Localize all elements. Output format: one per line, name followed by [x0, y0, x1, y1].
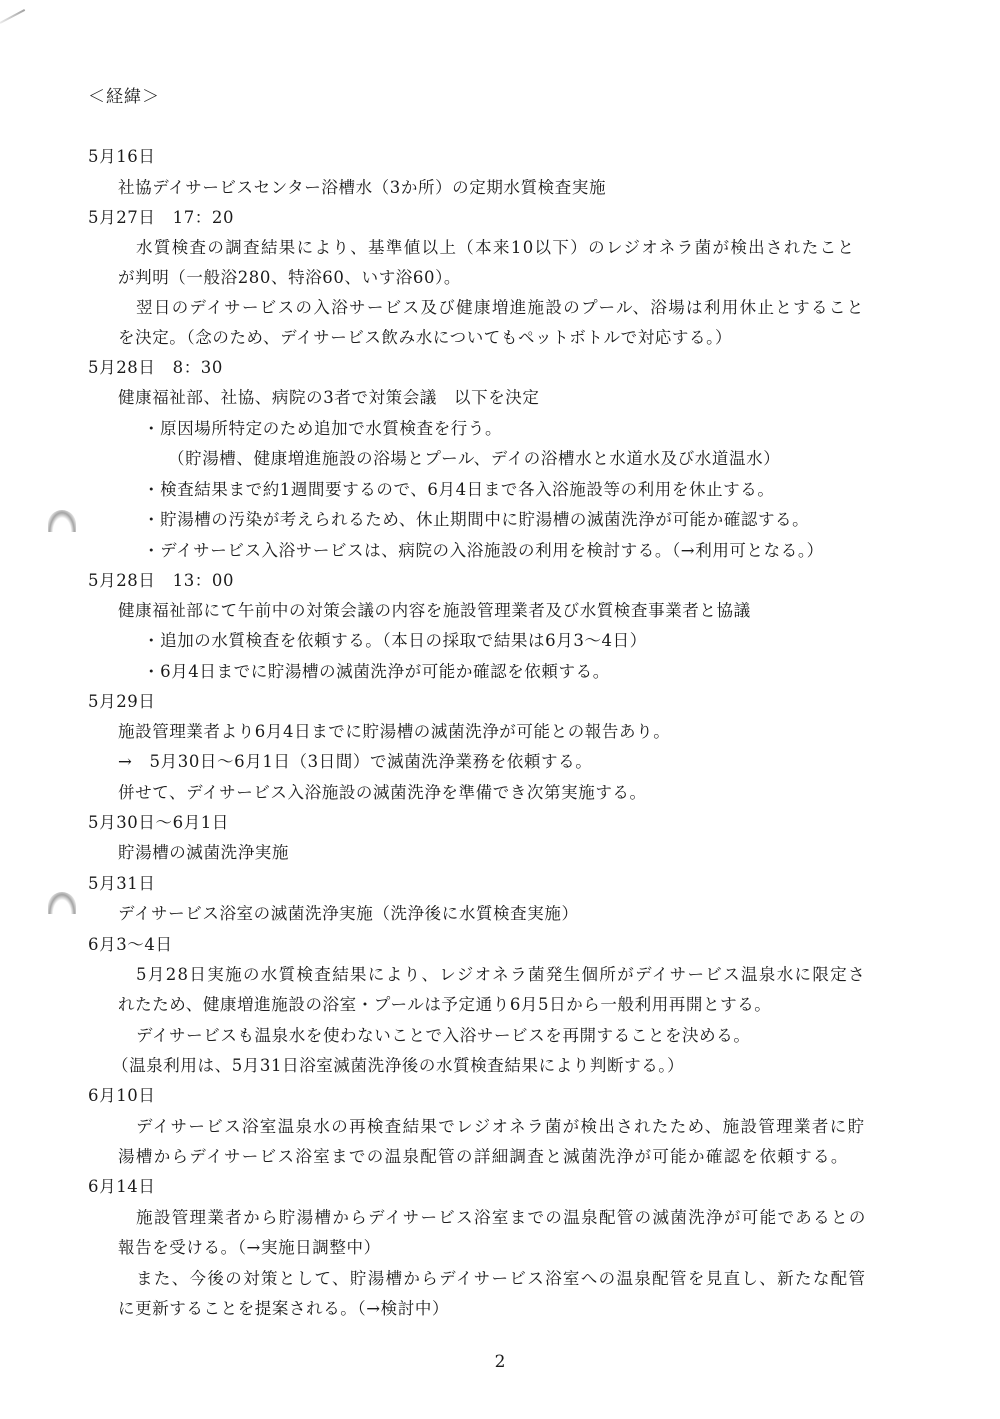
entry-text: 併せて、デイサービス入浴施設の滅菌洗浄を準備でき次第実施する。 [118, 782, 647, 804]
entry-date: 6月10日 [88, 1085, 156, 1107]
entry-date: 5月29日 [88, 691, 156, 713]
entry-text: デイサービス浴室温泉水の再検査結果でレジオネラ菌が検出されたため、施設管理業者に… [136, 1116, 865, 1138]
entry-text: → 5月30日～6月1日（3日間）で滅菌洗浄業務を依頼する。 [118, 751, 592, 773]
entry-date: 5月27日 17：20 [88, 207, 234, 229]
bullet-item: ・貯湯槽の汚染が考えられるため、休止期間中に貯湯槽の滅菌洗浄が可能か確認する。 [143, 509, 809, 531]
entry-text: 施設管理業者より6月4日までに貯湯槽の滅菌洗浄が可能との報告あり。 [118, 721, 670, 743]
entry-date: 6月3～4日 [88, 934, 173, 956]
entry-date: 5月28日 13：00 [88, 570, 234, 592]
punch-hole-icon [48, 892, 76, 914]
entry-text: が判明（一般浴280、特浴60、いす浴60）。 [118, 267, 461, 289]
entry-text: （温泉利用は、5月31日浴室滅菌洗浄後の水質検査結果により判断する。） [112, 1055, 684, 1077]
document-page: ＜経緯＞ 5月16日 社協デイサービスセンター浴槽水（3か所）の定期水質検査実施… [0, 0, 1000, 1419]
entry-text: デイサービスも温泉水を使わないことで入浴サービスを再開することを決める。 [136, 1025, 750, 1047]
bullet-subnote: （貯湯槽、健康増進施設の浴場とプール、デイの浴槽水と水道水及び水道温水） [168, 448, 780, 470]
entry-text: また、今後の対策として、貯湯槽からデイサービス浴室への温泉配管を見直し、新たな配… [136, 1268, 866, 1290]
entry-date: 5月28日 8：30 [88, 357, 223, 379]
bullet-item: ・デイサービス入浴サービスは、病院の入浴施設の利用を検討する。（→利用可となる。… [143, 540, 824, 562]
entry-text: 翌日のデイサービスの入浴サービス及び健康増進施設のプール、浴場は利用休止とするこ… [136, 297, 865, 319]
bullet-item: ・6月4日までに貯湯槽の滅菌洗浄が可能か確認を依頼する。 [143, 661, 610, 683]
punch-hole-icon [48, 510, 76, 532]
entry-text: 湯槽からデイサービス浴室までの温泉配管の詳細調査と滅菌洗浄が可能か確認を依頼する… [118, 1146, 849, 1168]
entry-date: 5月31日 [88, 873, 156, 895]
entry-date: 6月14日 [88, 1176, 156, 1198]
entry-text: デイサービス浴室の滅菌洗浄実施（洗浄後に水質検査実施） [118, 903, 579, 925]
entry-text: に更新することを提案される。（→検討中） [118, 1298, 449, 1320]
bullet-item: ・原因場所特定のため追加で水質検査を行う。 [143, 418, 502, 440]
entry-text: れたため、健康増進施設の浴室・プールは予定通り6月5日から一般利用再開とする。 [118, 994, 771, 1016]
page-number: 2 [0, 1352, 1000, 1372]
entry-text: 水質検査の調査結果により、基準値以上（本来10以下）のレジオネラ菌が検出されたこ… [136, 237, 855, 259]
entry-text: 健康福祉部にて午前中の対策会議の内容を施設管理業者及び水質検査事業者と協議 [118, 600, 751, 622]
entry-text: 社協デイサービスセンター浴槽水（3か所）の定期水質検査実施 [118, 177, 606, 199]
entry-text: 健康福祉部、社協、病院の3者で対策会議 以下を決定 [118, 387, 540, 409]
bullet-item: ・検査結果まで約1週間要するので、6月4日まで各入浴施設等の利用を休止する。 [143, 479, 774, 501]
bullet-item: ・追加の水質検査を依頼する。（本日の採取で結果は6月3～4日） [143, 630, 647, 652]
entry-date: 5月30日～6月1日 [88, 812, 229, 834]
entry-text: を決定。（念のため、デイサービス飲み水についてもペットボトルで対応する。） [118, 327, 732, 349]
entry-text: 施設管理業者から貯湯槽からデイサービス浴室までの温泉配管の滅菌洗浄が可能であると… [136, 1207, 867, 1229]
scan-artifact-mark [0, 9, 25, 24]
entry-date: 5月16日 [88, 146, 156, 168]
entry-text: 貯湯槽の滅菌洗浄実施 [118, 842, 289, 864]
entry-text: 報告を受ける。（→実施日調整中） [118, 1237, 381, 1259]
section-heading: ＜経緯＞ [88, 82, 160, 107]
entry-text: 5月28日実施の水質検査結果により、レジオネラ菌発生個所がデイサービス温泉水に限… [136, 964, 866, 986]
